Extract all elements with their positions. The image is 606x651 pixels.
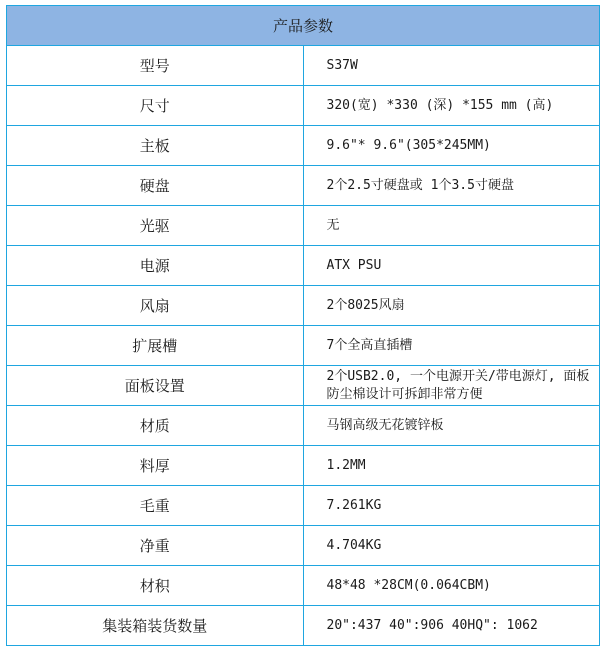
row-value: 7.261KG <box>303 486 600 526</box>
table-row: 尺寸320(宽) *330 (深) *155 mm (高) <box>7 86 600 126</box>
row-label: 净重 <box>7 526 304 566</box>
row-value: 4.704KG <box>303 526 600 566</box>
row-label: 主板 <box>7 126 304 166</box>
row-value: 20":437 40":906 40HQ": 1062 <box>303 606 600 646</box>
table-row: 光驱无 <box>7 206 600 246</box>
row-value: S37W <box>303 46 600 86</box>
table-row: 毛重7.261KG <box>7 486 600 526</box>
table-row: 料厚1.2MM <box>7 446 600 486</box>
row-label: 面板设置 <box>7 366 304 406</box>
table-row: 电源ATX PSU <box>7 246 600 286</box>
table-row: 扩展槽7个全高直插槽 <box>7 326 600 366</box>
table-row: 主板9.6"* 9.6"(305*245MM) <box>7 126 600 166</box>
row-label: 材积 <box>7 566 304 606</box>
table-row: 面板设置2个USB2.0, 一个电源开关/带电源灯, 面板防尘棉设计可拆卸非常方… <box>7 366 600 406</box>
row-label: 硬盘 <box>7 166 304 206</box>
row-value: 2个2.5寸硬盘或 1个3.5寸硬盘 <box>303 166 600 206</box>
row-value: 7个全高直插槽 <box>303 326 600 366</box>
table-row: 材积48*48 *28CM(0.064CBM) <box>7 566 600 606</box>
row-value: 马钢高级无花镀锌板 <box>303 406 600 446</box>
row-value: 1.2MM <box>303 446 600 486</box>
row-value: 320(宽) *330 (深) *155 mm (高) <box>303 86 600 126</box>
row-label: 电源 <box>7 246 304 286</box>
table-row: 型号S37W <box>7 46 600 86</box>
table-title: 产品参数 <box>7 6 600 46</box>
table-header-row: 产品参数 <box>7 6 600 46</box>
row-label: 光驱 <box>7 206 304 246</box>
product-spec-table: 产品参数 型号S37W 尺寸320(宽) *330 (深) *155 mm (高… <box>6 5 600 646</box>
table-row: 净重4.704KG <box>7 526 600 566</box>
row-label: 毛重 <box>7 486 304 526</box>
row-value: 无 <box>303 206 600 246</box>
row-value: ATX PSU <box>303 246 600 286</box>
row-label: 集装箱装货数量 <box>7 606 304 646</box>
table-row: 硬盘2个2.5寸硬盘或 1个3.5寸硬盘 <box>7 166 600 206</box>
row-value: 9.6"* 9.6"(305*245MM) <box>303 126 600 166</box>
row-label: 型号 <box>7 46 304 86</box>
table-row: 集装箱装货数量20":437 40":906 40HQ": 1062 <box>7 606 600 646</box>
row-label: 风扇 <box>7 286 304 326</box>
row-value: 2个8025风扇 <box>303 286 600 326</box>
row-label: 材质 <box>7 406 304 446</box>
table-row: 风扇2个8025风扇 <box>7 286 600 326</box>
table-row: 材质马钢高级无花镀锌板 <box>7 406 600 446</box>
table-body: 型号S37W 尺寸320(宽) *330 (深) *155 mm (高) 主板9… <box>7 46 600 646</box>
row-label: 扩展槽 <box>7 326 304 366</box>
row-value: 48*48 *28CM(0.064CBM) <box>303 566 600 606</box>
row-label: 料厚 <box>7 446 304 486</box>
row-label: 尺寸 <box>7 86 304 126</box>
row-value: 2个USB2.0, 一个电源开关/带电源灯, 面板防尘棉设计可拆卸非常方便 <box>303 366 600 406</box>
